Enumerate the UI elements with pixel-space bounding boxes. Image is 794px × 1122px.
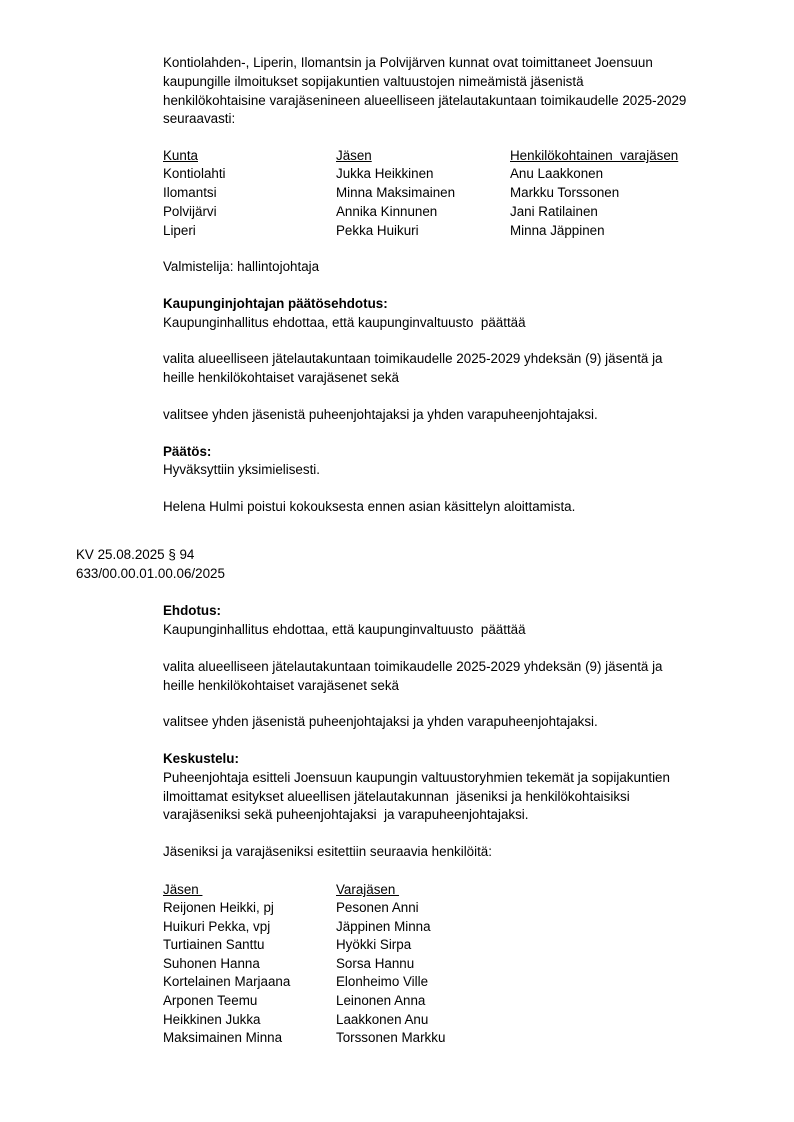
member-cell: Suhonen Hanna [163,954,260,973]
proposal-item: heille henkilökohtaiset varajäsenet sekä [163,677,399,695]
intro-line: Kontiolahden-, Liperin, Ilomantsin ja Po… [163,54,653,72]
deputy-cell: Minna Jäppinen [510,221,605,240]
mayor-proposal-item: heille henkilökohtaiset varajäsenet sekä [163,369,399,387]
deputy-cell: Markku Torssonen [510,183,619,202]
member-cell: Maksimainen Minna [163,1028,282,1047]
table-header-row: Kunta Jäsen Henkilökohtainen varajäsen [0,146,794,165]
column-header-jasen: Jäsen [336,146,372,165]
decision-note: Helena Hulmi poistui kokouksesta ennen a… [163,498,575,516]
intro-line: henkilökohtaisine varajäsenineen alueell… [163,92,686,110]
municipality-cell: Kontiolahti [163,164,226,183]
column-header-varajasen: Varajäsen [336,880,399,899]
deputy-cell: Jäppinen Minna [336,917,431,936]
member-cell: Turtiainen Santtu [163,935,264,954]
member-cell: Arponen Teemu [163,991,257,1010]
member-cell: Pekka Huikuri [336,221,419,240]
deputy-cell: Torssonen Markku [336,1028,445,1047]
mayor-proposal-item: valita alueelliseen jätelautakuntaan toi… [163,350,663,368]
municipality-cell: Liperi [163,221,196,240]
intro-line: kaupungille ilmoitukset sopijakuntien va… [163,73,584,91]
table-row: Polvijärvi Annika Kinnunen Jani Ratilain… [0,202,794,221]
proposal-item: valita alueelliseen jätelautakuntaan toi… [163,658,663,676]
discussion-line: varajäseniksi sekä puheenjohtajaksi ja v… [163,806,529,824]
deputy-cell: Laakkonen Anu [336,1010,428,1029]
deputy-cell: Hyökki Sirpa [336,935,411,954]
table-row: Reijonen Heikki, pj Pesonen Anni [0,898,794,917]
deputy-cell: Anu Laakkonen [510,164,603,183]
table-header-row: Jäsen Varajäsen [0,880,794,899]
table-row: Kontiolahti Jukka Heikkinen Anu Laakkone… [0,164,794,183]
table-row: Huikuri Pekka, vpj Jäppinen Minna [0,917,794,936]
proposal-heading: Ehdotus: [163,602,221,620]
discussion-line: ilmoittamat esitykset alueellisen jätela… [163,788,630,806]
table-row: Liperi Pekka Huikuri Minna Jäppinen [0,221,794,240]
meeting-reference: KV 25.08.2025 § 94 [76,546,194,564]
discussion-heading: Keskustelu: [163,750,239,768]
mayor-proposal-item: valitsee yhden jäsenistä puheenjohtajaks… [163,406,598,424]
column-header-jasen: Jäsen [163,880,202,899]
deputy-cell: Sorsa Hannu [336,954,414,973]
deputy-cell: Leinonen Anna [336,991,425,1010]
proposal-item: valitsee yhden jäsenistä puheenjohtajaks… [163,713,598,731]
mayor-proposal-heading: Kaupunginjohtajan päätösehdotus: [163,295,388,313]
decision-heading: Päätös: [163,443,211,461]
municipality-cell: Polvijärvi [163,202,217,221]
member-cell: Huikuri Pekka, vpj [163,917,270,936]
deputy-cell: Jani Ratilainen [510,202,598,221]
column-header-varajasen: Henkilökohtainen varajäsen [510,146,678,165]
table-row: Suhonen Hanna Sorsa Hannu [0,954,794,973]
deputy-cell: Elonheimo Ville [336,972,428,991]
intro-line: seuraavasti: [163,110,235,128]
member-cell: Kortelainen Marjaana [163,972,290,991]
table-row: Kortelainen Marjaana Elonheimo Ville [0,972,794,991]
decision-text: Hyväksyttiin yksimielisesti. [163,461,320,479]
table-row: Heikkinen Jukka Laakkonen Anu [0,1010,794,1029]
discussion-line: Puheenjohtaja esitteli Joensuun kaupungi… [163,769,670,787]
table-row: Maksimainen Minna Torssonen Markku [0,1028,794,1047]
member-cell: Jukka Heikkinen [336,164,434,183]
discussion-intro: Jäseniksi ja varajäseniksi esitettiin se… [163,843,492,861]
record-number: 633/00.00.01.00.06/2025 [76,565,225,583]
member-cell: Minna Maksimainen [336,183,455,202]
deputy-cell: Pesonen Anni [336,898,419,917]
mayor-proposal-text: Kaupunginhallitus ehdottaa, että kaupung… [163,314,526,332]
table-row: Ilomantsi Minna Maksimainen Markku Torss… [0,183,794,202]
column-header-kunta: Kunta [163,146,198,165]
member-cell: Annika Kinnunen [336,202,437,221]
member-cell: Reijonen Heikki, pj [163,898,274,917]
municipality-cell: Ilomantsi [163,183,217,202]
proposal-text: Kaupunginhallitus ehdottaa, että kaupung… [163,621,526,639]
preparer-line: Valmistelija: hallintojohtaja [163,258,319,276]
table-row: Arponen Teemu Leinonen Anna [0,991,794,1010]
member-cell: Heikkinen Jukka [163,1010,261,1029]
table-row: Turtiainen Santtu Hyökki Sirpa [0,935,794,954]
